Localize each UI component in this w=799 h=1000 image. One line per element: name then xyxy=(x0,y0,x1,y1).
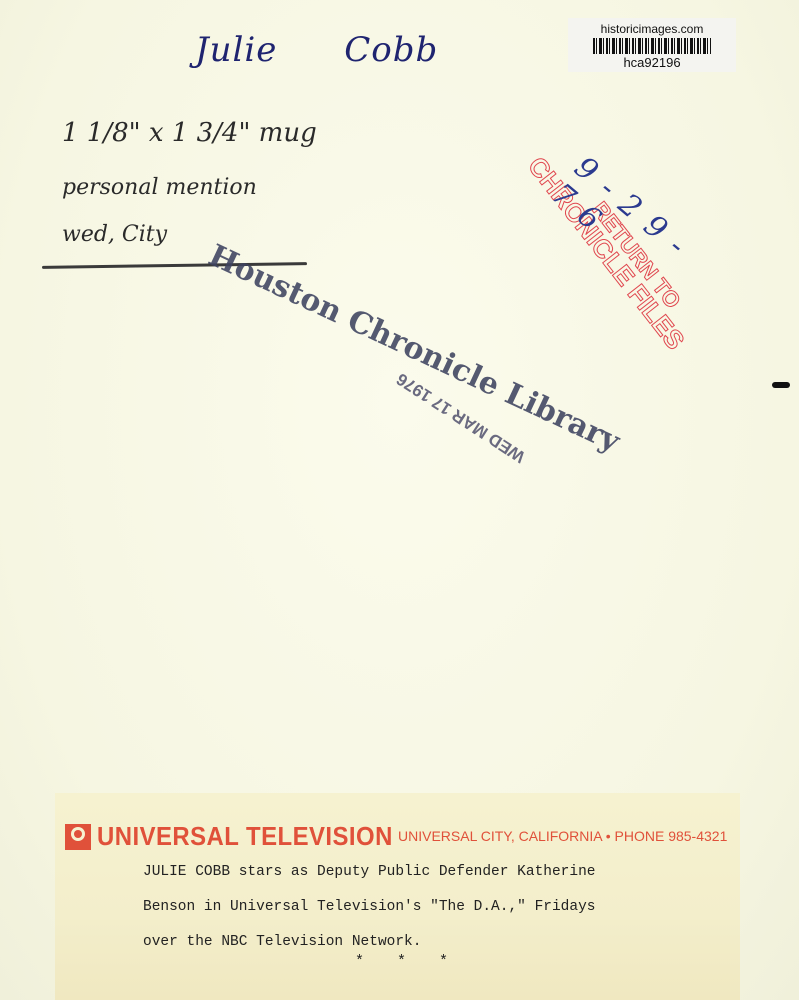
note-wed-city: wed, City xyxy=(62,222,167,247)
caption-end-mark: * * * xyxy=(355,953,460,970)
ink-smudge xyxy=(772,382,790,388)
barcode-site: historicimages.com xyxy=(568,22,736,36)
brand-name: UNIVERSAL TELEVISION xyxy=(97,821,393,852)
name-last: Cobb xyxy=(344,30,438,70)
brand-row: UNIVERSAL TELEVISION xyxy=(65,821,419,852)
barcode-label: historicimages.com hca92196 xyxy=(568,18,736,72)
name-first: Julie xyxy=(195,30,277,70)
barcode-id: hca92196 xyxy=(568,55,736,70)
handwritten-name: Julie Cobb xyxy=(195,30,493,70)
note-personal-mention: personal mention xyxy=(62,175,257,200)
brand-address: UNIVERSAL CITY, CALIFORNIA • PHONE 985-4… xyxy=(398,828,727,844)
photo-back: Julie Cobb 1 1/8" x 1 3/4" mug personal … xyxy=(0,0,799,1000)
barcode-icon xyxy=(593,38,711,54)
library-stamp: Houston Chronicle Library xyxy=(203,238,625,459)
caption-text: JULIE COBB stars as Deputy Public Defend… xyxy=(143,855,595,960)
caption-slip: UNIVERSAL TELEVISION UNIVERSAL CITY, CAL… xyxy=(55,793,740,1000)
size-note: 1 1/8" x 1 3/4" mug xyxy=(62,118,317,148)
universal-globe-icon xyxy=(65,824,91,850)
